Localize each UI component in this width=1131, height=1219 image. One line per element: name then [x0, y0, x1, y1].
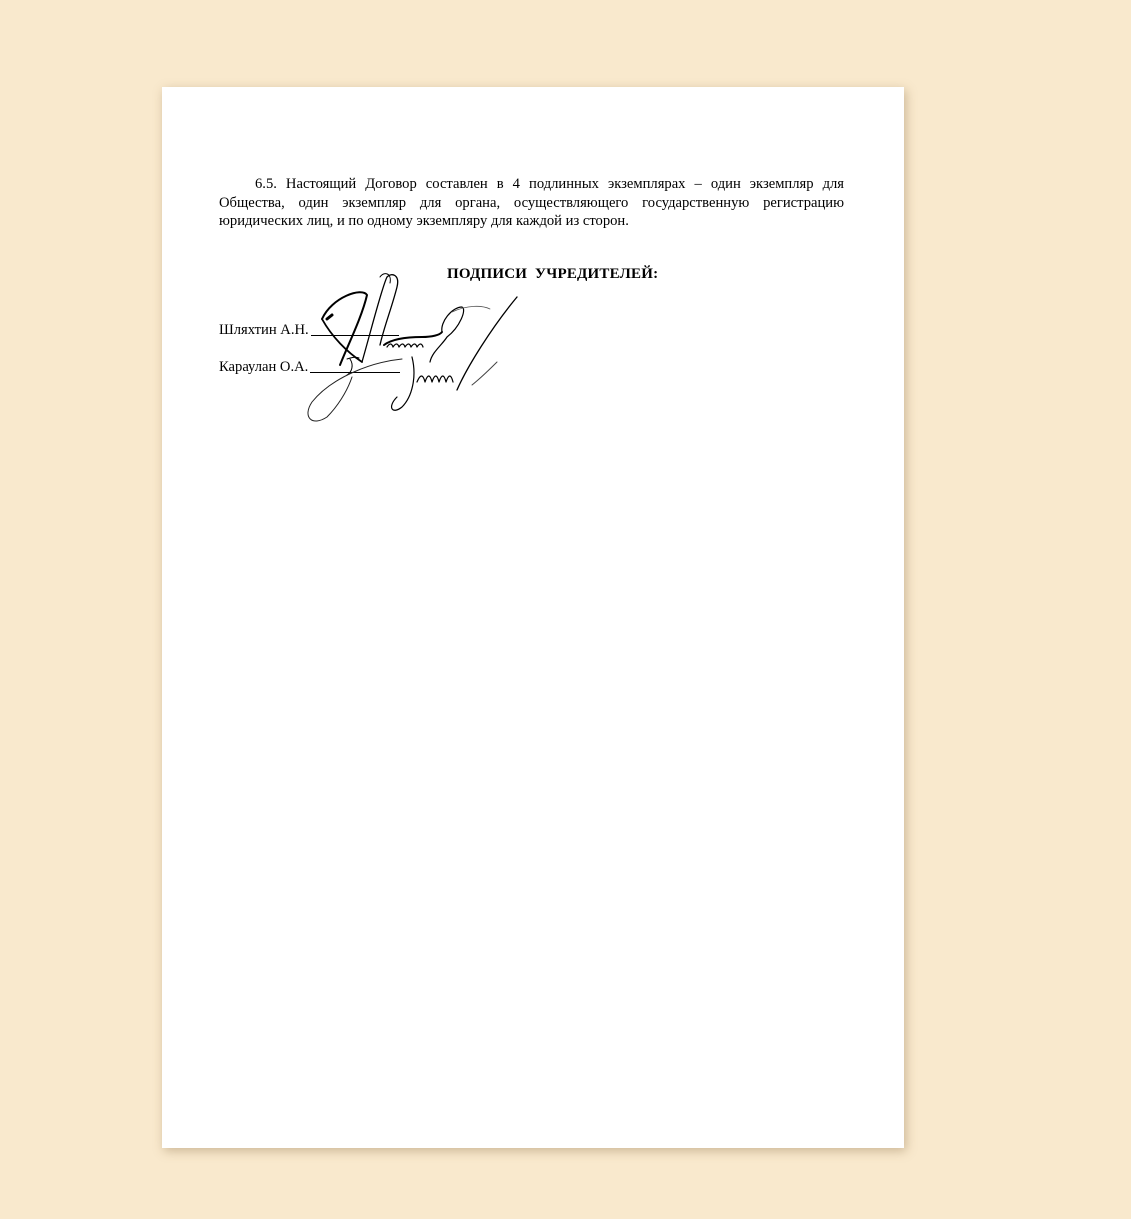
- paragraph-6-5: 6.5. Настоящий Договор составлен в 4 под…: [219, 175, 844, 231]
- signatures-heading: ПОДПИСИ УЧРЕДИТЕЛЕЙ:: [447, 266, 658, 283]
- handwritten-signatures-image: [292, 267, 532, 427]
- signatory-name: Шляхтин А.Н.: [219, 322, 309, 339]
- signatory-name: Караулан О.А.: [219, 359, 308, 376]
- signatory-row: Караулан О.А.: [219, 359, 400, 376]
- signature-line: [311, 335, 399, 336]
- signature-line: [310, 372, 400, 373]
- signatory-row: Шляхтин А.Н.: [219, 322, 399, 339]
- document-page: 6.5. Настоящий Договор составлен в 4 под…: [162, 87, 904, 1148]
